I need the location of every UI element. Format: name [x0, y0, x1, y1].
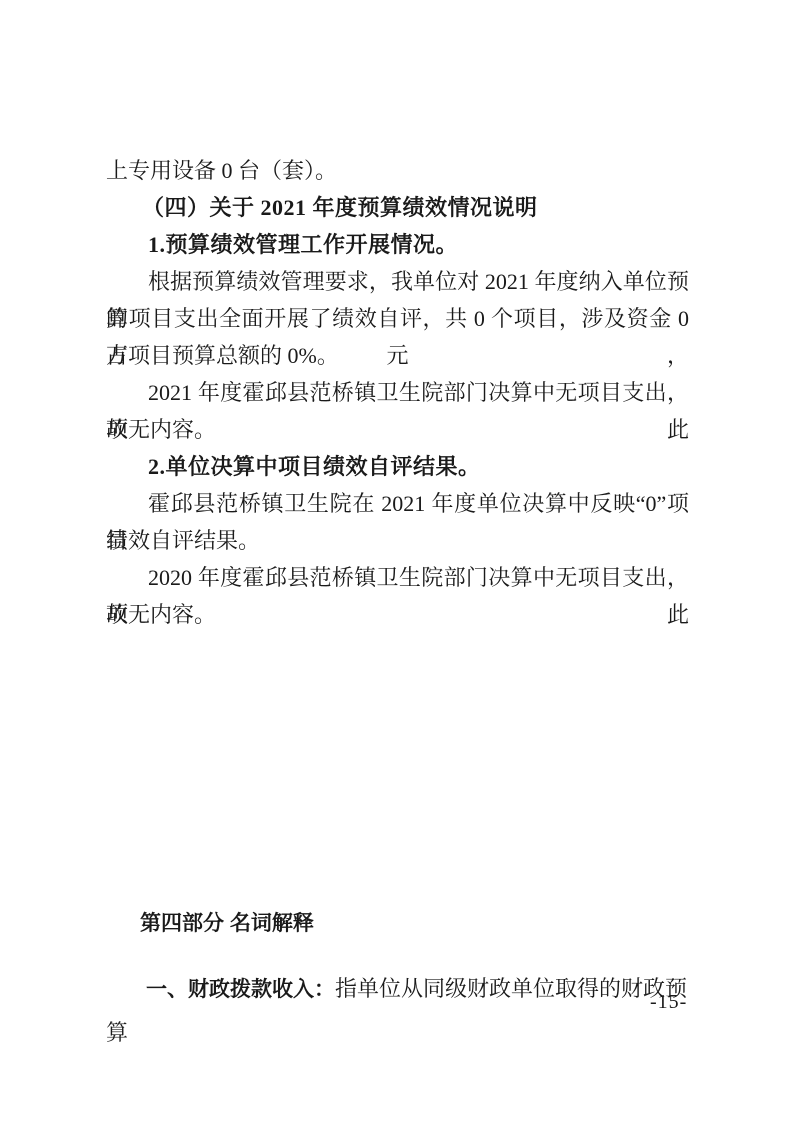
body-text-block: 上专用设备 0 台（套）。 （四）关于 2021 年度预算绩效情况说明 1.预算… [106, 152, 689, 633]
paragraph-line: 霍邱县范桥镇卫生院在 2021 年度单位决算中反映“0”项目 [106, 485, 689, 522]
paragraph-line: 的项目支出全面开展了绩效自评，共 0 个项目，涉及资金 0 万元， [106, 300, 689, 337]
part-4-title: 第四部分 名词解释 [106, 902, 689, 945]
body-continuation-line: 上专用设备 0 台（套）。 [106, 152, 689, 189]
paragraph-line: 2021 年度霍邱县范桥镇卫生院部门决算中无项目支出，故此 [106, 374, 689, 411]
section-4-heading: （四）关于 2021 年度预算绩效情况说明 [106, 189, 689, 226]
part-4-block: 第四部分 名词解释 一、财政拨款收入：指单位从同级财政单位取得的财政预算 [106, 881, 689, 1032]
document-page: 上专用设备 0 台（套）。 （四）关于 2021 年度预算绩效情况说明 1.预算… [0, 0, 793, 1122]
paragraph-line: 2020 年度霍邱县范桥镇卫生院部门决算中无项目支出，故此 [106, 559, 689, 596]
subsection-2-heading: 2.单位决算中项目绩效自评结果。 [106, 448, 689, 485]
paragraph-line: 根据预算绩效管理要求，我单位对 2021 年度纳入单位预算 [106, 263, 689, 300]
paragraph-line: 绩效自评结果。 [106, 522, 689, 559]
subsection-1-heading: 1.预算绩效管理工作开展情况。 [106, 226, 689, 263]
page-number: -15- [650, 991, 687, 1014]
term-name: 一、财政拨款收入： [146, 978, 335, 1001]
term-definition-line: 一、财政拨款收入：指单位从同级财政单位取得的财政预算 [106, 967, 689, 1010]
